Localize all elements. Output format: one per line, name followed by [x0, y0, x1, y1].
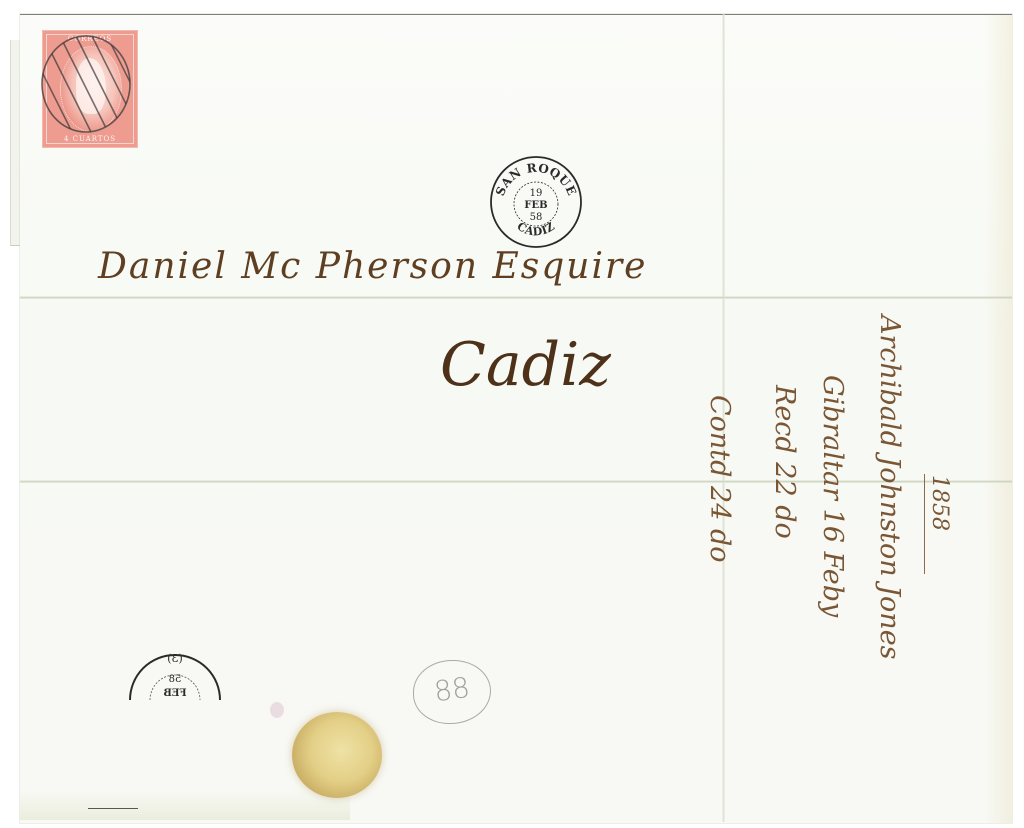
pencil-number: 88: [412, 668, 492, 711]
fold-line: [20, 296, 1012, 299]
postmark-back-extra: (3): [167, 652, 183, 665]
postmark-san-roque: SAN ROQUE CADIZ 19 FEB 58: [488, 154, 584, 250]
docket-received-date: Recd 22 do: [769, 385, 800, 539]
docket-origin-date: Gibraltar 16 Feby: [817, 375, 848, 617]
fold-line: [20, 480, 1012, 483]
oval-grid-cancel-icon: [38, 34, 134, 134]
stamp-value-text: 4 CUARTOS: [42, 135, 138, 143]
postmark-day: 19: [530, 188, 543, 199]
postmark-offset-mirrored: (3) 58 FEB: [126, 638, 224, 708]
docket-answered-date: Contd 24 do: [704, 395, 735, 563]
postmark-month: FEB: [524, 200, 547, 211]
docket-sender: Archibald Johnston Jones: [874, 315, 905, 660]
postmark-year: 58: [530, 212, 543, 223]
docket-rule: [924, 474, 925, 574]
torn-edge: [20, 790, 350, 820]
postmark-back-year: 58: [169, 674, 182, 685]
wax-seal-icon: [292, 712, 382, 798]
addressee-name: Daniel Mc Pherson Esquire: [98, 246, 647, 287]
postmark-back-month: FEB: [163, 688, 186, 699]
scanned-cover: CORREOS 4 CUARTOS SAN ROQUE CADIZ: [0, 0, 1024, 828]
docket-year: 1858: [927, 475, 952, 531]
address-city: Cadiz: [440, 330, 611, 400]
